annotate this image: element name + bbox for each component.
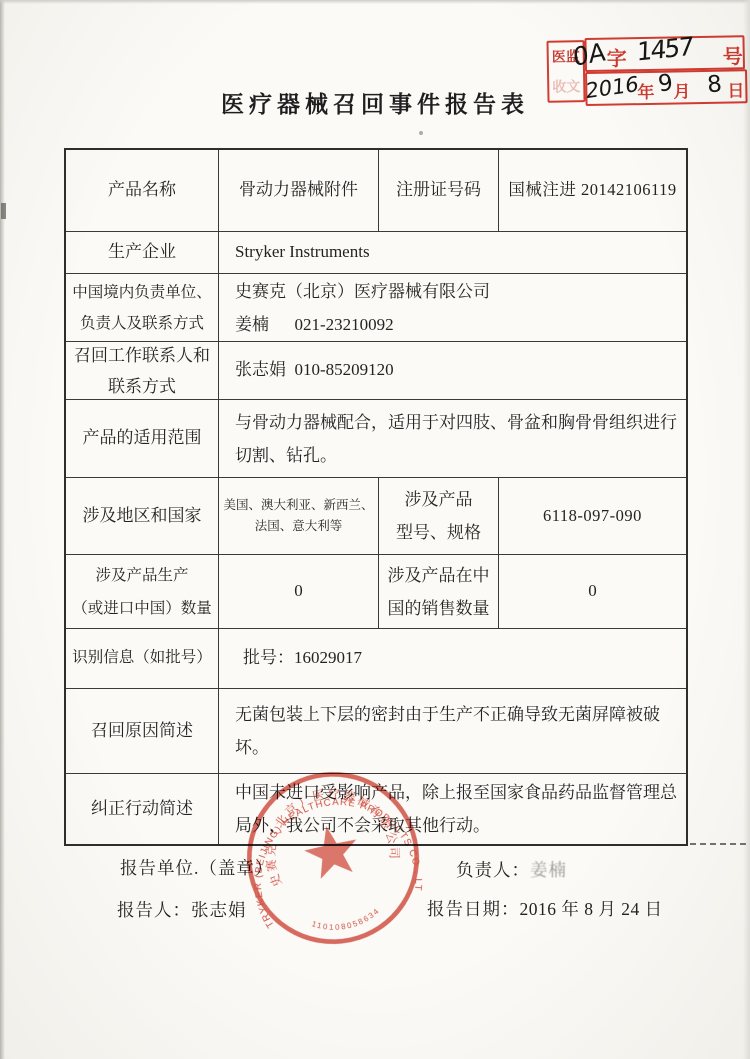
report-date-label: 报告日期：	[427, 899, 520, 919]
scan-edge-left	[0, 0, 5, 1059]
reporter-value: 张志娟	[191, 900, 247, 920]
scan-edge-right	[743, 0, 750, 1059]
row-scope: 产品的适用范围 与骨动力器械配合，适用于对四肢、骨盆和胸骨骨组织进行 切割、钻孔…	[66, 400, 686, 478]
china-agent-label: 中国境内负责单位、 负责人及联系方式	[66, 274, 218, 341]
recall-reason-value: 无菌包装上下层的密封由于生产不正确导致无菌屏障被破 坏。	[218, 689, 686, 773]
seal-star-icon	[300, 821, 362, 881]
row-recall-contact: 召回工作联系人和 联系方式 张志娟 010-85209120	[66, 342, 686, 400]
report-date-value: 2016 年 8 月 24 日	[520, 899, 663, 919]
scan-artifact-dot	[419, 131, 423, 135]
scan-edge-top	[0, 0, 750, 4]
row-china-agent: 中国境内负责单位、 负责人及联系方式 史赛克（北京）医疗器械有限公司 姜楠 02…	[66, 274, 686, 342]
qty-produced-value: 0	[218, 555, 378, 628]
recall-reason-label: 召回原因简述	[66, 689, 218, 773]
row-manufacturer: 生产企业 Stryker Instruments	[66, 232, 686, 274]
person-in-charge-value: 姜楠	[530, 860, 567, 880]
product-name-value: 骨动力器械附件	[218, 150, 378, 231]
scan-artifact-speck	[1, 203, 6, 219]
manufacturer-label: 生产企业	[66, 232, 218, 273]
company-seal-graphic: STRYKER (BEIJING) HEALTHCARE PRODUCTS CO…	[223, 748, 444, 969]
received-stamp-hao-label: 号	[722, 40, 743, 69]
models-value: 6118-097-090	[498, 478, 686, 554]
recall-contact-label: 召回工作联系人和 联系方式	[66, 342, 218, 399]
scanned-report-page: 医监 收文 字 号 年 月 日 0A 1457 2016 9 8 医疗器械召回事…	[0, 0, 750, 1059]
person-in-charge: 负责人：姜楠	[456, 857, 567, 882]
china-agent-value: 史赛克（北京）医疗器械有限公司 姜楠 021-23210092	[218, 274, 686, 341]
scope-value: 与骨动力器械配合，适用于对四肢、骨盆和胸骨骨组织进行 切割、钻孔。	[218, 400, 686, 477]
qty-produced-label: 涉及产品生产 （或进口中国）数量	[66, 555, 218, 628]
handwritten-code-number: 1457	[636, 32, 692, 67]
manufacturer-value: Stryker Instruments	[218, 232, 686, 273]
handwritten-code-prefix: 0A	[572, 37, 607, 72]
corrective-action-label: 纠正行动简述	[66, 774, 218, 844]
product-name-label: 产品名称	[66, 150, 218, 231]
regions-value: 美国、澳大利亚、新西兰、 法国、意大利等	[218, 478, 378, 554]
row-regions-models: 涉及地区和国家 美国、澳大利亚、新西兰、 法国、意大利等 涉及产品 型号、规格 …	[66, 478, 686, 555]
registration-value: 国械注进 20142106119	[498, 150, 686, 231]
registration-label: 注册证号码	[378, 150, 498, 231]
reporter: 报告人：张志娟	[117, 897, 247, 922]
page-title: 医疗器械召回事件报告表	[0, 86, 750, 119]
row-product-name: 产品名称 骨动力器械附件 注册证号码 国械注进 20142106119	[66, 150, 686, 232]
row-quantities: 涉及产品生产 （或进口中国）数量 0 涉及产品在中 国的销售数量 0	[66, 555, 686, 629]
regions-label: 涉及地区和国家	[66, 478, 218, 554]
id-info-value: 批号：16029017	[218, 629, 686, 688]
person-in-charge-label: 负责人：	[456, 860, 530, 880]
qty-sold-label: 涉及产品在中 国的销售数量	[378, 555, 498, 628]
scope-label: 产品的适用范围	[66, 400, 218, 477]
models-label: 涉及产品 型号、规格	[378, 478, 498, 554]
received-stamp-zi-label: 字	[607, 42, 628, 71]
reporter-label: 报告人：	[117, 900, 191, 920]
id-info-label: 识别信息（如批号）	[66, 629, 218, 688]
qty-sold-value: 0	[498, 555, 686, 628]
report-form-table: 产品名称 骨动力器械附件 注册证号码 国械注进 20142106119 生产企业…	[64, 148, 688, 846]
report-date: 报告日期：2016 年 8 月 24 日	[427, 896, 663, 921]
company-seal: STRYKER (BEIJING) HEALTHCARE PRODUCTS CO…	[223, 748, 444, 969]
row-id-info: 识别信息（如批号） 批号：16029017	[66, 629, 686, 689]
recall-contact-value: 张志娟 010-85209120	[218, 342, 686, 399]
scan-dash-line	[690, 843, 746, 845]
